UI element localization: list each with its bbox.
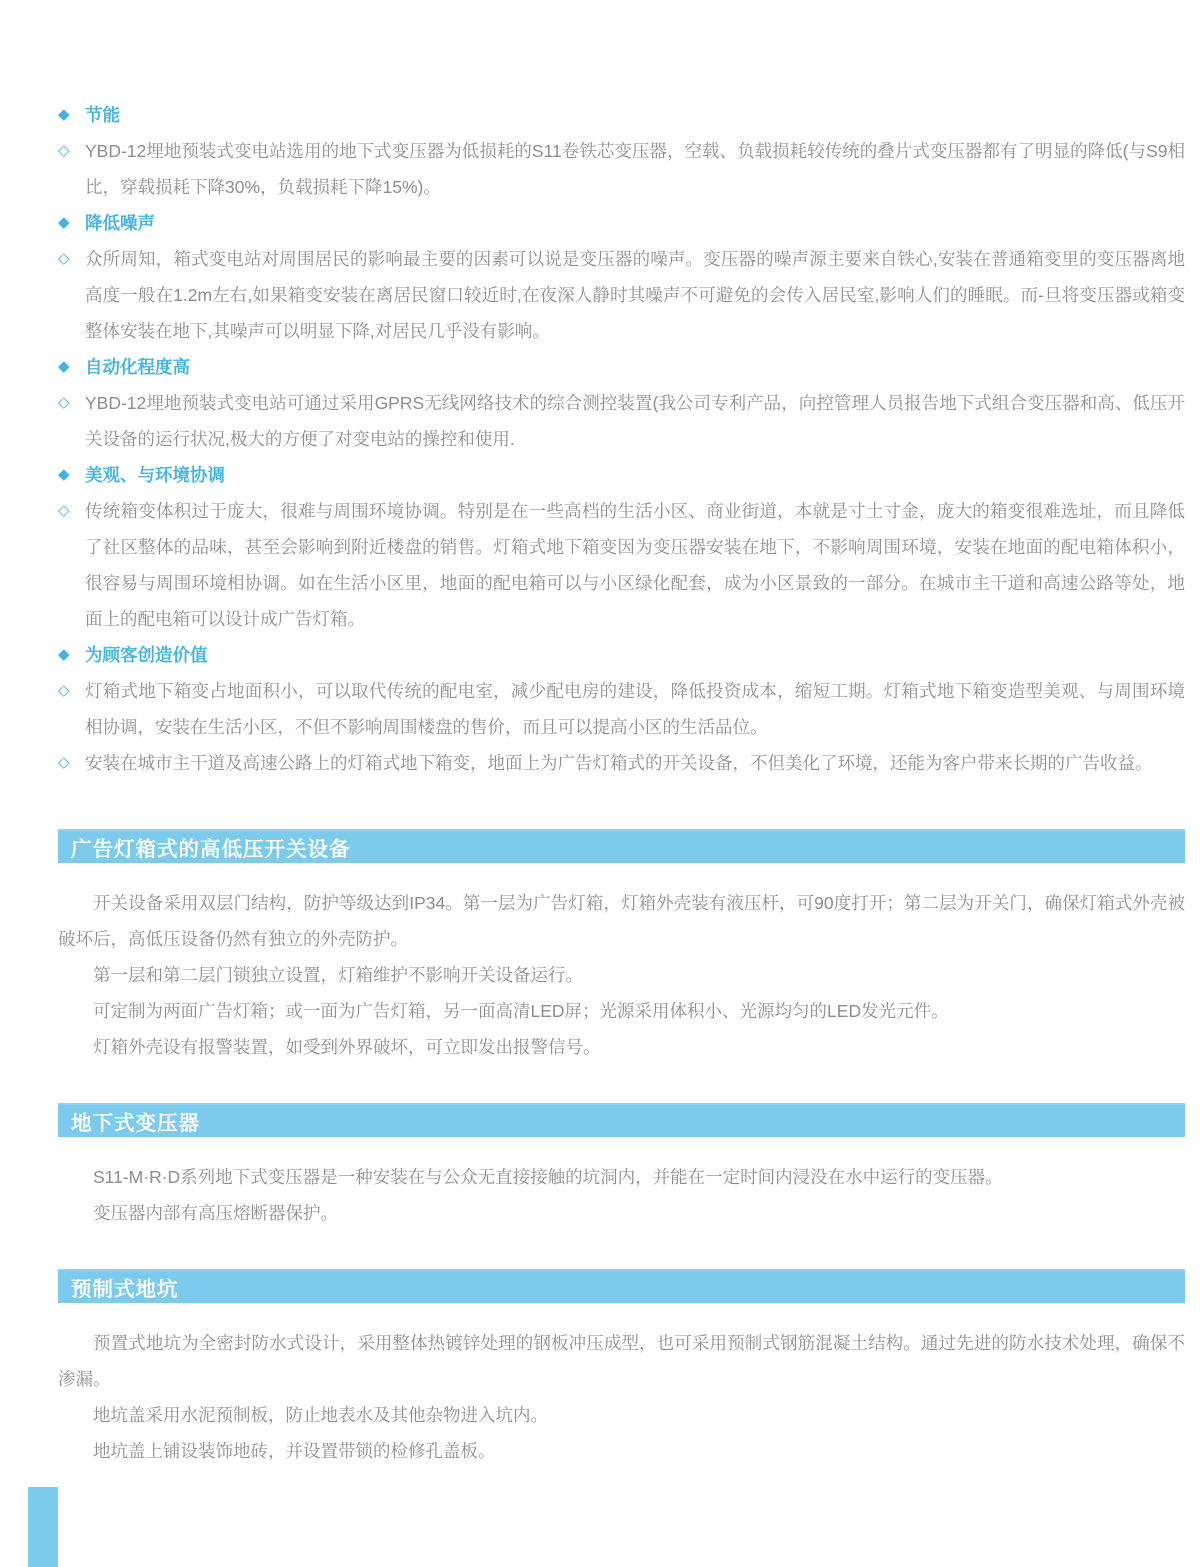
content: ◆ 节能 ◇ YBD-12埋地预装式变电站选用的地下式变压器为低损耗的S11卷铁… [0,0,1200,1469]
corner-accent-bar [28,1487,58,1567]
page: ◆ 节能 ◇ YBD-12埋地预装式变电站选用的地下式变压器为低损耗的S11卷铁… [0,0,1200,1567]
feature-paragraph-row: ◇ YBD-12埋地预装式变电站可通过采用GPRS无线网络技术的综合测控装置(我… [58,385,1185,457]
diamond-hollow-icon: ◇ [58,241,85,277]
diamond-hollow-icon: ◇ [58,493,85,529]
section-switchgear: 广告灯箱式的高低压开关设备 开关设备采用双层门结构，防护等级达到IP34。第一层… [58,829,1185,1065]
diamond-filled-icon: ◆ [58,637,85,673]
diamond-filled-icon: ◆ [58,457,85,493]
feature-title-row: ◆ 美观、与环境协调 [58,457,1185,493]
feature-paragraph-row: ◇ YBD-12埋地预装式变电站选用的地下式变压器为低损耗的S11卷铁芯变压器，… [58,133,1185,205]
feature-paragraph-row: ◇ 众所周知，箱式变电站对周围居民的影响最主要的因素可以说是变压器的噪声。变压器… [58,241,1185,349]
section-body: S11-M·R·D系列地下式变压器是一种安装在与公众无直接接触的坑洞内，并能在一… [58,1159,1185,1231]
feature-paragraph: 安装在城市主干道及高速公路上的灯箱式地下箱变，地面上为广告灯箱式的开关设备，不但… [85,745,1185,781]
feature-title-row: ◆ 自动化程度高 [58,349,1185,385]
diamond-filled-icon: ◆ [58,349,85,385]
section-body: 预置式地坑为全密封防水式设计，采用整体热镀锌处理的钢板冲压成型，也可采用预制式钢… [58,1325,1185,1469]
feature-paragraph: YBD-12埋地预装式变电站可通过采用GPRS无线网络技术的综合测控装置(我公司… [85,385,1185,457]
section-paragraph: S11-M·R·D系列地下式变压器是一种安装在与公众无直接接触的坑洞内，并能在一… [58,1159,1185,1195]
feature-item-energy-saving: ◆ 节能 ◇ YBD-12埋地预装式变电站选用的地下式变压器为低损耗的S11卷铁… [58,97,1185,205]
section-paragraph: 地坑盖上铺设装饰地砖，并设置带锁的检修孔盖板。 [58,1433,1185,1469]
section-prefab-pit: 预制式地坑 预置式地坑为全密封防水式设计，采用整体热镀锌处理的钢板冲压成型，也可… [58,1269,1185,1469]
section-body: 开关设备采用双层门结构，防护等级达到IP34。第一层为广告灯箱，灯箱外壳装有液压… [58,885,1185,1065]
section-paragraph: 灯箱外壳设有报警装置，如受到外界破坏，可立即发出报警信号。 [58,1029,1185,1065]
feature-item-noise-reduction: ◆ 降低噪声 ◇ 众所周知，箱式变电站对周围居民的影响最主要的因素可以说是变压器… [58,205,1185,349]
section-paragraph: 地坑盖采用水泥预制板，防止地表水及其他杂物进入坑内。 [58,1397,1185,1433]
section-title: 地下式变压器 [58,1106,200,1136]
section-underground-transformer: 地下式变压器 S11-M·R·D系列地下式变压器是一种安装在与公众无直接接触的坑… [58,1103,1185,1231]
section-paragraph: 第一层和第二层门锁独立设置，灯箱维护不影响开关设备运行。 [58,957,1185,993]
section-title: 预制式地坑 [58,1272,179,1302]
feature-title: 节能 [85,97,120,133]
feature-paragraph-row: ◇ 灯箱式地下箱变占地面积小，可以取代传统的配电室，减少配电房的建设，降低投资成… [58,673,1185,745]
feature-title-row: ◆ 节能 [58,97,1185,133]
feature-item-customer-value: ◆ 为顾客创造价值 ◇ 灯箱式地下箱变占地面积小，可以取代传统的配电室，减少配电… [58,637,1185,781]
feature-paragraph-row: ◇ 传统箱变体积过于庞大，很难与周围环境协调。特别是在一些高档的生活小区、商业街… [58,493,1185,637]
feature-paragraph: 灯箱式地下箱变占地面积小，可以取代传统的配电室，减少配电房的建设，降低投资成本，… [85,673,1185,745]
section-header-bar: 广告灯箱式的高低压开关设备 [58,829,1185,863]
feature-title-row: ◆ 降低噪声 [58,205,1185,241]
feature-paragraph-row: ◇ 安装在城市主干道及高速公路上的灯箱式地下箱变，地面上为广告灯箱式的开关设备，… [58,745,1185,781]
feature-title: 自动化程度高 [85,349,190,385]
diamond-hollow-icon: ◇ [58,385,85,421]
feature-paragraph: 众所周知，箱式变电站对周围居民的影响最主要的因素可以说是变压器的噪声。变压器的噪… [85,241,1185,349]
section-paragraph: 预置式地坑为全密封防水式设计，采用整体热镀锌处理的钢板冲压成型，也可采用预制式钢… [58,1325,1185,1397]
feature-paragraph: YBD-12埋地预装式变电站选用的地下式变压器为低损耗的S11卷铁芯变压器，空载… [85,133,1185,205]
feature-title: 降低噪声 [85,205,155,241]
feature-title: 美观、与环境协调 [85,457,225,493]
diamond-filled-icon: ◆ [58,97,85,133]
feature-paragraph: 传统箱变体积过于庞大，很难与周围环境协调。特别是在一些高档的生活小区、商业街道，… [85,493,1185,637]
features-list: ◆ 节能 ◇ YBD-12埋地预装式变电站选用的地下式变压器为低损耗的S11卷铁… [58,97,1185,781]
section-title: 广告灯箱式的高低压开关设备 [58,832,351,862]
diamond-hollow-icon: ◇ [58,745,85,781]
feature-title: 为顾客创造价值 [85,637,208,673]
feature-title-row: ◆ 为顾客创造价值 [58,637,1185,673]
section-header-bar: 地下式变压器 [58,1103,1185,1137]
section-paragraph: 开关设备采用双层门结构，防护等级达到IP34。第一层为广告灯箱，灯箱外壳装有液压… [58,885,1185,957]
feature-item-aesthetics: ◆ 美观、与环境协调 ◇ 传统箱变体积过于庞大，很难与周围环境协调。特别是在一些… [58,457,1185,637]
diamond-filled-icon: ◆ [58,205,85,241]
section-header-bar: 预制式地坑 [58,1269,1185,1303]
section-paragraph: 变压器内部有高压熔断器保护。 [58,1195,1185,1231]
section-paragraph: 可定制为两面广告灯箱；或一面为广告灯箱，另一面高清LED屏；光源采用体积小、光源… [58,993,1185,1029]
diamond-hollow-icon: ◇ [58,673,85,709]
diamond-hollow-icon: ◇ [58,133,85,169]
feature-item-automation: ◆ 自动化程度高 ◇ YBD-12埋地预装式变电站可通过采用GPRS无线网络技术… [58,349,1185,457]
